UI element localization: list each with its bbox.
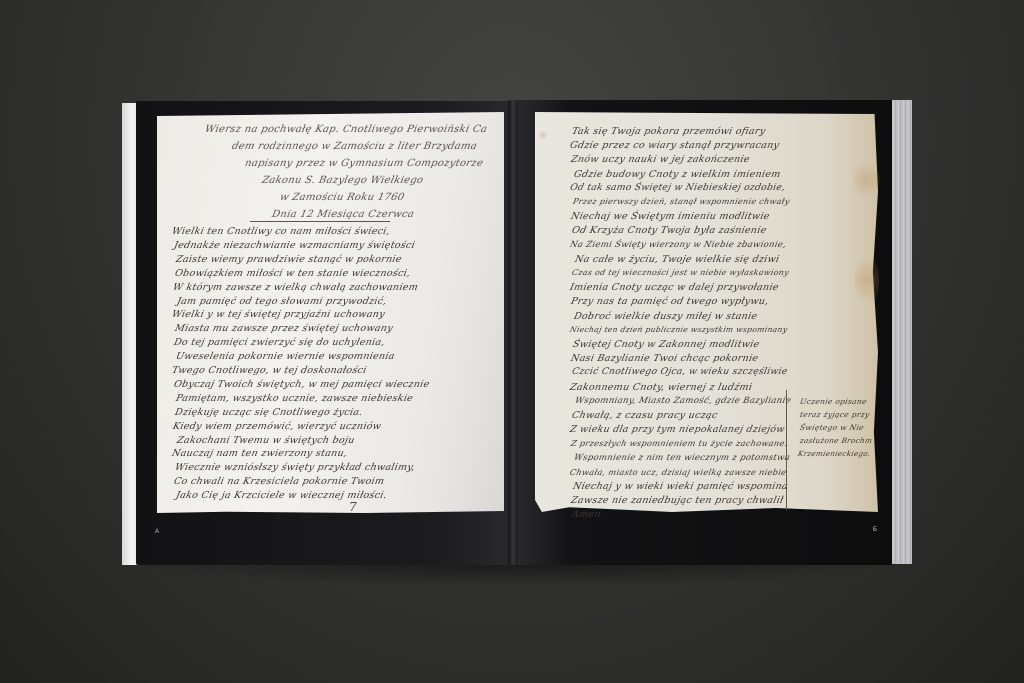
manuscript-line: Niechaj we Świętym imieniu modlitwie [570, 211, 771, 222]
manuscript-line: Na całe w życiu, Twoje wielkie się dziwi [574, 254, 781, 265]
manuscript-line: Nauczaj nam ten zwierzony stanu, [171, 448, 349, 459]
margin-rule [786, 390, 787, 510]
manuscript-line: Wspomnienie z nim ten wiecznym z potomst… [573, 453, 791, 463]
heading-line: Wiersz na pochwałę Kap. Cnotliwego Pierw… [204, 124, 488, 135]
manuscript-line: Co chwali na Krzesiciela pokornie Twoim [173, 476, 386, 487]
manuscript-line: Obowiązkiem miłości w ten stanie wieczno… [174, 268, 412, 279]
manuscript-line: Wielki ten Cnotliwy co nam miłości świec… [171, 226, 391, 237]
manuscript-line: Amen. [571, 509, 605, 520]
manuscript-line: Dobroć wielkie duszy miłej w stanie [573, 311, 759, 322]
manuscript-line: Obyczaj Twoich świętych, w mej pamięci w… [173, 379, 431, 390]
manuscript-line: Przez pierwszy dzień, stanął wspomnienie… [572, 197, 790, 206]
manuscript-line: Pamiętam, wszystko ucznie, zawsze niebie… [175, 393, 414, 404]
manuscript-line: Na Ziemi Święty wierzony w Niebie zbawio… [569, 240, 787, 250]
manuscript-line: Uweselenia pokornie wiernie wspomnienia [175, 351, 396, 362]
manuscript-line: Jam pamięć od tego słowami przywodzić, [176, 296, 388, 307]
manuscript-line: Z wieku dla przy tym niepokalanej dziejó… [569, 424, 786, 435]
manuscript-line: Czcić Cnotliwego Ojca, w wieku szczęśliw… [571, 367, 788, 377]
manuscript-line: Jednakże niezachwianie wzmacniamy święto… [173, 240, 416, 251]
folio-right: Б [873, 527, 877, 533]
manuscript-line: Wielki y w tej świętej przyjaźni uchowan… [171, 309, 386, 320]
paper-stain [538, 130, 548, 140]
margin-note-line: Krzemienieckiego. [797, 449, 871, 458]
heading-line: Zakonu S. Bazylego Wielkiego [261, 175, 425, 186]
manuscript-line: Czas od tej wieczności jest w niebie wył… [571, 268, 790, 277]
manuscript-line: Zakochani Twemu w świętych boju [176, 435, 356, 446]
manuscript-line: Znów uczy nauki w jej zakończenie [570, 154, 751, 165]
heading-line: Dnia 12 Miesiąca Czerwca [271, 209, 415, 220]
manuscript-line: Miasta mu zawsze przez świętej uchowany [174, 323, 394, 334]
manuscript-line: Od Krzyża Cnoty Twoja była zaśnienie [571, 225, 768, 236]
heading-line: napisany przez w Gymnasium Compozytorze [244, 158, 484, 169]
manuscript-line: Dziękuję ucząc się Cnotliwego życia. [174, 407, 364, 418]
manuscript-line: Świętej Cnoty w Zakonnej modlitwie [572, 339, 761, 350]
manuscript-line: Niechaj ten dzień publicznie wszystkim w… [569, 325, 788, 334]
manuscript-line: Zakonnemu Cnoty, wiernej z ludźmi [569, 382, 753, 393]
manuscript-page-number: 7 [349, 500, 357, 514]
margin-note-line: Uczenie opisane [799, 397, 868, 406]
heading-line: dem rodzinnego w Zamościu z liter Brzyda… [231, 141, 478, 152]
margin-note-line: Świętego w Nie [799, 423, 865, 432]
manuscript-line: Wspomniany, Miasto Zamość, gdzie Bazylia… [574, 396, 792, 406]
open-book: Wiersz na pochwałę Kap. Cnotliwego Pierw… [0, 0, 1024, 683]
manuscript-line: Tak się Twoja pokora przemówi ofiary [571, 126, 767, 137]
heading-underline [250, 221, 390, 222]
book-gutter [508, 100, 518, 565]
margin-note-line: teraz żyjące przy [799, 410, 870, 419]
manuscript-line: Chwała, miasto ucz, dzisiaj wielką zawsz… [569, 467, 788, 477]
manuscript-line: Przy nas ta pamięć od twego wypływu, [570, 296, 770, 307]
manuscript-line: Do tej pamięci zwierzyć się do uchylenia… [173, 337, 386, 348]
paper-stain [852, 160, 880, 200]
manuscript-line: Od tak samo Świętej w Niebieskiej ozdobi… [569, 183, 786, 193]
manuscript-line: Kiedy wiem przemówić, wierzyć uczniów [172, 421, 382, 432]
manuscript-line: Z przeszłych wspomnieniem tu życie zacho… [570, 438, 789, 448]
paper-stain [855, 250, 879, 310]
heading-line: w Zamościu Roku 1760 [279, 192, 406, 203]
margin-note-line: zasłużone Brochm [799, 436, 873, 445]
manuscript-line: Chwałą, z czasu pracy ucząc [571, 410, 719, 421]
manuscript-line: Niechaj y w wieki wieki pamięć wspomina [572, 481, 789, 492]
manuscript-line: Wiecznie wzniósłszy święty przykład chwa… [174, 462, 416, 473]
manuscript-line: Nasi Bazylianie Twoi chcąc pokornie [570, 353, 760, 364]
right-page-stack [892, 100, 912, 564]
manuscript-line: Imienia Cnoty ucząc w dalej przywołanie [569, 282, 780, 293]
manuscript-line: Twego Cnotliwego, w tej doskonałości [171, 365, 368, 376]
manuscript-line: Gdzie budowy Cnoty z wielkim imieniem [573, 169, 782, 180]
manuscript-line: Zaiste wiemy prawdziwie stanąć w pokorni… [175, 254, 403, 265]
folio-left: A [155, 529, 159, 535]
manuscript-line: Zawsze nie zaniedbując ten pracy chwalił [570, 495, 785, 506]
manuscript-line: Gdzie przez co wiary stanął przywracany [569, 140, 781, 151]
manuscript-line: W którym zawsze z wielką chwałą zachowan… [172, 282, 419, 293]
